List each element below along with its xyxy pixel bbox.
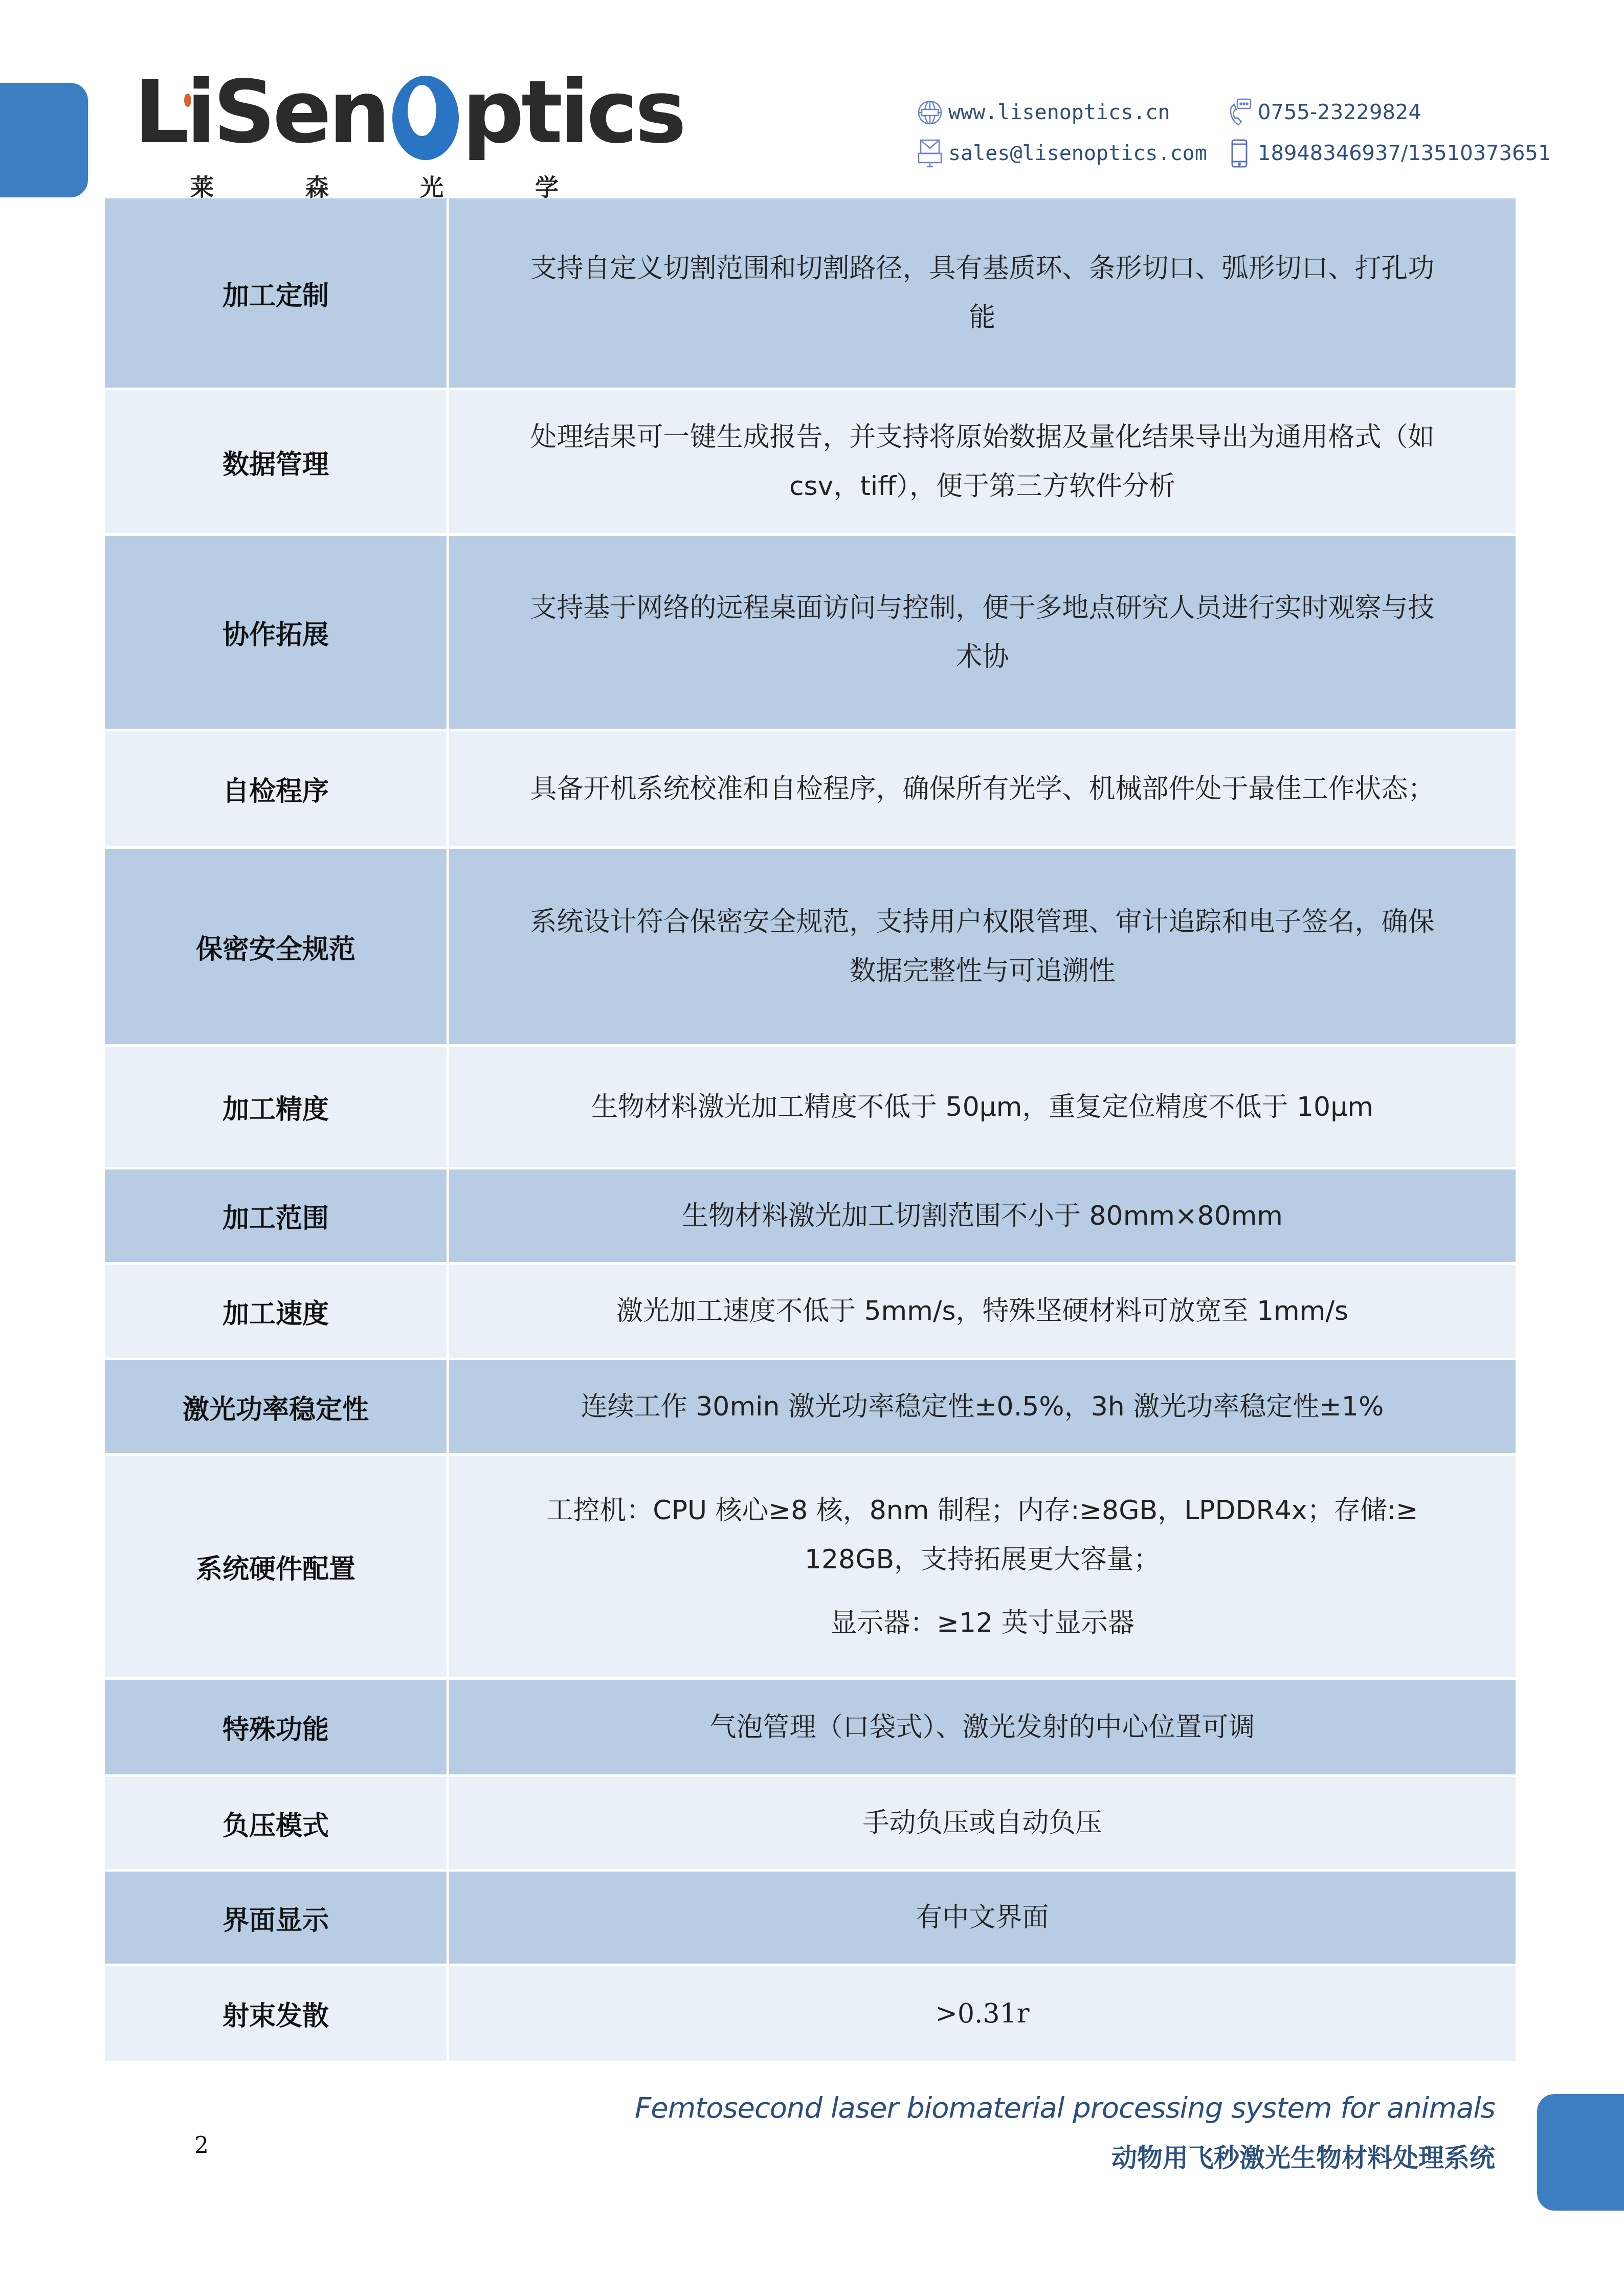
logo-dot-icon: [184, 94, 191, 107]
left-accent-tab: [0, 83, 88, 197]
spec-value: 连续工作 30min 激光功率稳定性±0.5%，3h 激光功率稳定性±1%: [449, 1360, 1516, 1453]
spec-value-line: >0.31r: [935, 1989, 1029, 2038]
spec-value-line: 处理结果可一键生成报告，并支持将原始数据及量化结果导出为通用格式（如: [530, 413, 1434, 462]
spec-label: 加工定制: [105, 198, 447, 388]
spec-value: 处理结果可一键生成报告，并支持将原始数据及量化结果导出为通用格式（如 csv，t…: [449, 390, 1516, 533]
spec-value: 气泡管理（口袋式）、激光发射的中心位置可调: [449, 1680, 1516, 1774]
spec-value-line: 显示器：≥12 英寸显示器: [830, 1599, 1134, 1648]
table-row: 特殊功能 气泡管理（口袋式）、激光发射的中心位置可调: [105, 1680, 1516, 1774]
spec-value-line: csv，tiff），便于第三方软件分析: [789, 462, 1175, 511]
email-text[interactable]: sales@lisenoptics.com: [948, 142, 1207, 165]
spec-label: 自检程序: [105, 731, 447, 846]
logo-brand-part2: ptics: [462, 69, 683, 156]
spec-value-line: 支持基于网络的远程桌面访问与控制，便于多地点研究人员进行实时观察与技: [530, 583, 1434, 633]
globe-icon: [916, 97, 944, 128]
spec-label: 数据管理: [105, 390, 447, 533]
page-number: 2: [194, 2132, 209, 2158]
spec-label: 射束发散: [105, 1966, 447, 2061]
table-row: 加工范围 生物材料激光加工切割范围不小于 80mm×80mm: [105, 1169, 1516, 1262]
table-row: 数据管理 处理结果可一键生成报告，并支持将原始数据及量化结果导出为通用格式（如 …: [105, 390, 1516, 533]
spec-label: 加工范围: [105, 1169, 447, 1262]
spec-label: 特殊功能: [105, 1680, 447, 1774]
spec-value-line: 工控机：CPU 核心≥8 核，8nm 制程；内存:≥8GB，LPDDR4x；存储…: [546, 1486, 1418, 1535]
spec-value: 支持自定义切割范围和切割路径，具有基质环、条形切口、弧形切口、打孔功 能: [449, 198, 1516, 388]
spec-table: 加工定制 支持自定义切割范围和切割路径，具有基质环、条形切口、弧形切口、打孔功 …: [105, 198, 1516, 2063]
spec-value: 激光加工速度不低于 5mm/s，特殊坚硬材料可放宽至 1mm/s: [449, 1265, 1516, 1358]
spec-value: 系统设计符合保密安全规范，支持用户权限管理、审计追踪和电子签名，确保 数据完整性…: [449, 849, 1516, 1044]
spec-value-line: 生物材料激光加工切割范围不小于 80mm×80mm: [682, 1191, 1283, 1241]
email-icon: [916, 138, 944, 169]
spec-value-line: 具备开机系统校准和自检程序，确保所有光学、机械部件处于最佳工作状态；: [530, 764, 1434, 814]
table-row: 加工定制 支持自定义切割范围和切割路径，具有基质环、条形切口、弧形切口、打孔功 …: [105, 198, 1516, 388]
mobile-icon: [1225, 138, 1254, 169]
spec-value-line: 支持自定义切割范围和切割路径，具有基质环、条形切口、弧形切口、打孔功: [530, 244, 1434, 293]
spec-value-line: 手动负压或自动负压: [862, 1798, 1102, 1848]
table-row: 加工速度 激光加工速度不低于 5mm/s，特殊坚硬材料可放宽至 1mm/s: [105, 1265, 1516, 1358]
spec-value-line: 系统设计符合保密安全规范，支持用户权限管理、审计追踪和电子签名，确保: [530, 897, 1434, 947]
spec-value: 工控机：CPU 核心≥8 核，8nm 制程；内存:≥8GB，LPDDR4x；存储…: [449, 1456, 1516, 1677]
table-row: 负压模式 手动负压或自动负压: [105, 1777, 1516, 1869]
logo-cn-char: 光: [420, 169, 443, 202]
logo-cn-char: 学: [535, 169, 559, 202]
logo-cn-char: 莱: [190, 169, 214, 202]
table-row: 协作拓展 支持基于网络的远程桌面访问与控制，便于多地点研究人员进行实时观察与技 …: [105, 536, 1516, 729]
contact-website: www.lisenoptics.cn: [916, 92, 1207, 133]
spec-value-line: 激光加工速度不低于 5mm/s，特殊坚硬材料可放宽至 1mm/s: [616, 1287, 1348, 1336]
spec-value: 生物材料激光加工切割范围不小于 80mm×80mm: [449, 1169, 1516, 1262]
spec-label: 负压模式: [105, 1777, 447, 1869]
spec-value-line: 数据完整性与可追溯性: [849, 947, 1115, 996]
spec-value-line: 有中文界面: [916, 1893, 1049, 1942]
company-logo: LiSen ptics 莱 森 光 学: [134, 79, 605, 197]
website-text[interactable]: www.lisenoptics.cn: [948, 101, 1170, 124]
spec-label: 加工速度: [105, 1265, 447, 1358]
spec-value-line: 连续工作 30min 激光功率稳定性±0.5%，3h 激光功率稳定性±1%: [581, 1382, 1384, 1431]
logo-brand-part1: LiSen: [134, 69, 387, 156]
phone-text[interactable]: 0755-23229824: [1258, 101, 1421, 124]
logo-wordmark: LiSen ptics: [134, 79, 684, 156]
table-row: 系统硬件配置 工控机：CPU 核心≥8 核，8nm 制程；内存:≥8GB，LPD…: [105, 1456, 1516, 1677]
table-row: 保密安全规范 系统设计符合保密安全规范，支持用户权限管理、审计追踪和电子签名，确…: [105, 849, 1516, 1044]
right-accent-tab: [1537, 2094, 1624, 2211]
spec-label: 保密安全规范: [105, 849, 447, 1044]
table-row: 界面显示 有中文界面: [105, 1872, 1516, 1964]
table-row: 自检程序 具备开机系统校准和自检程序，确保所有光学、机械部件处于最佳工作状态；: [105, 731, 1516, 846]
contact-mobile: 18948346937/13510373651: [1225, 133, 1551, 174]
mobile-text[interactable]: 18948346937/13510373651: [1258, 142, 1551, 165]
spec-label: 加工精度: [105, 1047, 447, 1167]
contact-column-phone: 0755-23229824 18948346937/13510373651: [1225, 92, 1551, 174]
table-row: 激光功率稳定性 连续工作 30min 激光功率稳定性±0.5%，3h 激光功率稳…: [105, 1360, 1516, 1453]
contact-column-web: www.lisenoptics.cn sales@lisenoptics.com: [916, 92, 1207, 174]
spec-label: 激光功率稳定性: [105, 1360, 447, 1453]
spec-value: 有中文界面: [449, 1872, 1516, 1964]
contact-email: sales@lisenoptics.com: [916, 133, 1207, 174]
spec-value: 具备开机系统校准和自检程序，确保所有光学、机械部件处于最佳工作状态；: [449, 731, 1516, 846]
spec-label: 系统硬件配置: [105, 1456, 447, 1677]
logo-cn-char: 森: [305, 169, 329, 202]
spec-value-line: 气泡管理（口袋式）、激光发射的中心位置可调: [709, 1703, 1255, 1752]
spec-label: 界面显示: [105, 1872, 447, 1964]
footer-title-cn: 动物用飞秒激光生物材料处理系统: [1111, 2137, 1495, 2174]
table-row: 射束发散 >0.31r: [105, 1966, 1516, 2061]
logo-o-mark-icon: [392, 76, 459, 160]
spec-value-line: 术协: [955, 633, 1009, 682]
phone-icon: [1225, 97, 1254, 128]
footer-title-en: Femtosecond laser biomaterial processing…: [635, 2091, 1495, 2125]
table-row: 加工精度 生物材料激光加工精度不低于 50μm，重复定位精度不低于 10μm: [105, 1047, 1516, 1167]
spec-value-line: 生物材料激光加工精度不低于 50μm，重复定位精度不低于 10μm: [591, 1083, 1373, 1132]
spec-value: 支持基于网络的远程桌面访问与控制，便于多地点研究人员进行实时观察与技 术协: [449, 536, 1516, 729]
spec-value: 生物材料激光加工精度不低于 50μm，重复定位精度不低于 10μm: [449, 1047, 1516, 1167]
spec-label: 协作拓展: [105, 536, 447, 729]
contact-phone: 0755-23229824: [1225, 92, 1551, 133]
spec-value-line: 128GB，支持拓展更大容量；: [805, 1535, 1160, 1584]
spec-value: 手动负压或自动负压: [449, 1777, 1516, 1869]
spec-value: >0.31r: [449, 1966, 1516, 2061]
logo-chinese-name: 莱 森 光 学: [190, 169, 559, 202]
spec-value-line: 能: [969, 293, 995, 342]
